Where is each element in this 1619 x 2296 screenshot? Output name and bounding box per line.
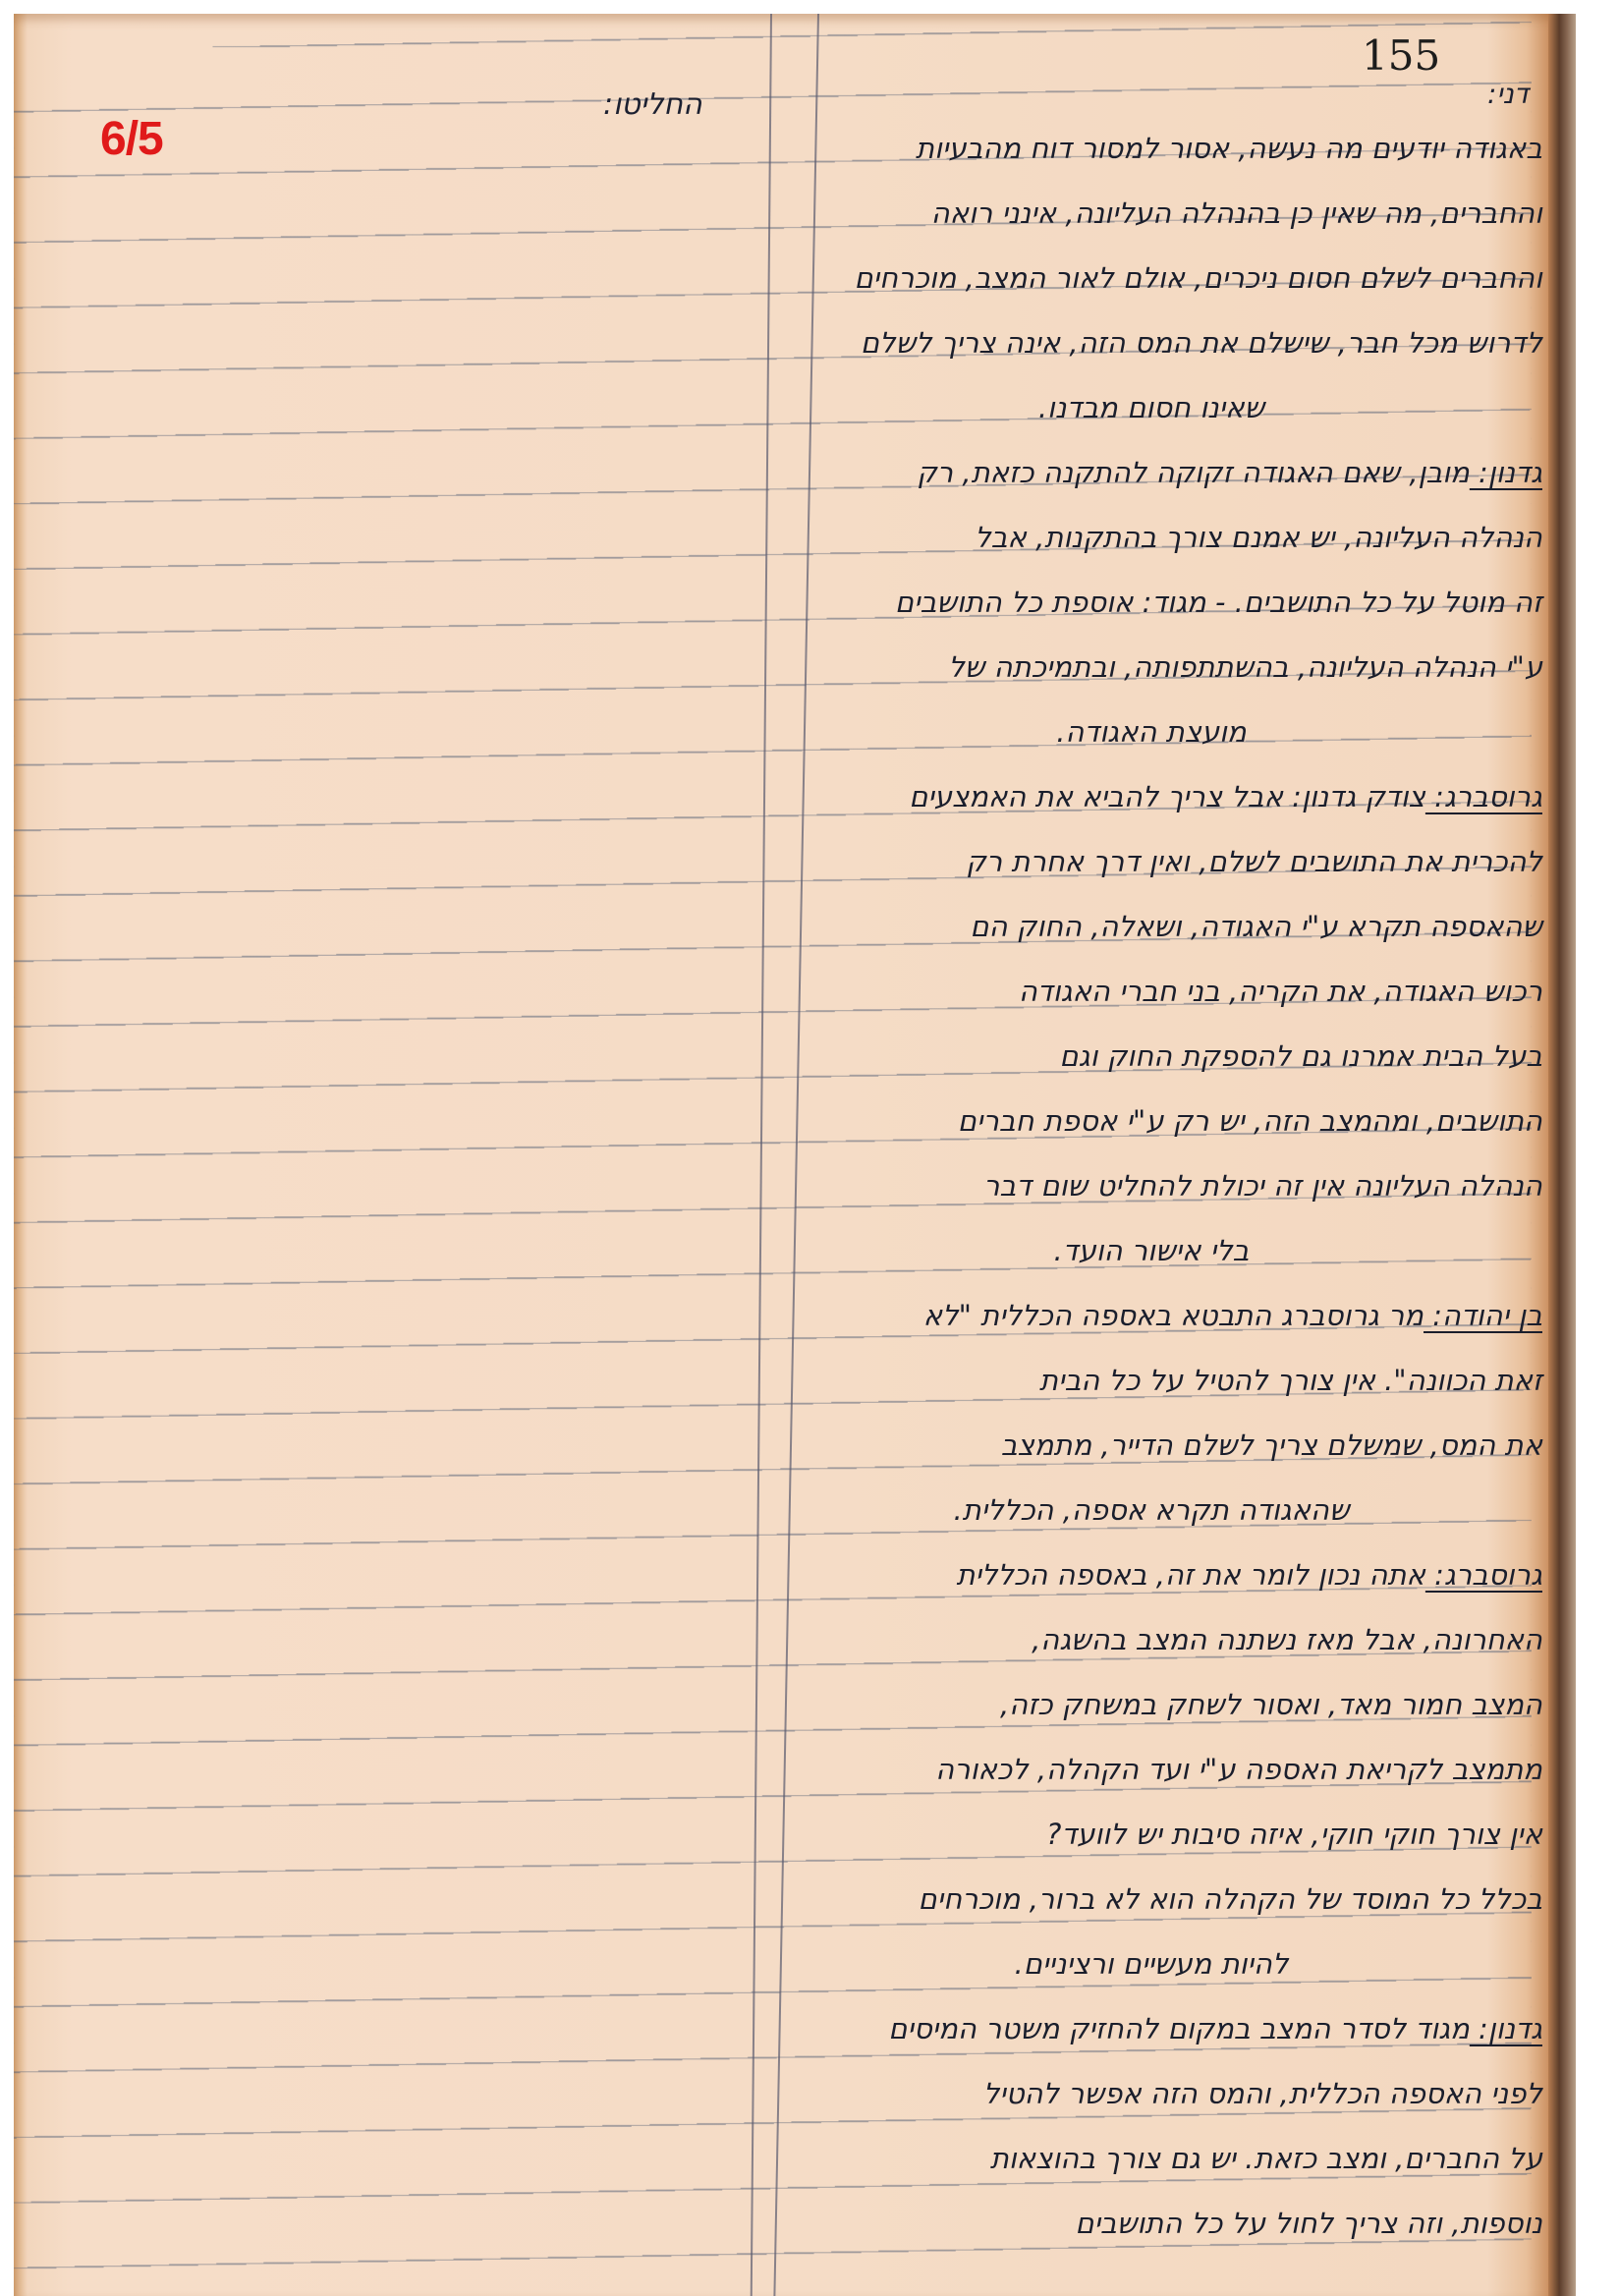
line-text: שהאספה תקרא ע"י האגודה, ושאלה, החוק הם bbox=[970, 910, 1542, 943]
line-text: מועצת האגודה. bbox=[1056, 715, 1246, 749]
line-text: שהאגודה תקרא אספה, הכללית. bbox=[953, 1493, 1349, 1527]
text-line: על החברים, ומצב כזאת. יש גם צורך בהוצאות bbox=[760, 2126, 1550, 2191]
text-line: בלי אישור הועד. bbox=[760, 1218, 1550, 1283]
line-text: בעל הבית אמרנו גם להספקת החוק וגם bbox=[1059, 1039, 1542, 1073]
line-text: מובן, שאם האגודה זקוקה להתקנה כזאת, רק bbox=[917, 456, 1470, 489]
text-line: הנהלה העליונה אין זה יכולת להחליט שום דב… bbox=[760, 1153, 1550, 1218]
line-text: בלי אישור הועד. bbox=[1054, 1234, 1250, 1267]
line-text: באגודה יודעים מה נעשה, אסור למסור דוח מה… bbox=[916, 132, 1542, 165]
text-line: התושבים, ומהמצב הזה, יש רק ע"י אספת חברי… bbox=[760, 1089, 1550, 1153]
text-line: זה מוטל על כל התושבים. - מגוד: אוספת כל … bbox=[760, 570, 1550, 635]
text-line: מתמצב לקריאת האספה ע"י ועד הקהלה, לכאורה bbox=[760, 1737, 1550, 1802]
text-line: האחרונה, אבל מאז נשתנה המצב בהשגה, bbox=[760, 1607, 1550, 1672]
text-line: שהאספה תקרא ע"י האגודה, ושאלה, החוק הם bbox=[760, 894, 1550, 959]
text-line: אין צורך חוקי חוקי, איזה סיבות יש לוועד? bbox=[760, 1802, 1550, 1867]
line-text: המצב חמור מאד, ואסור לשחק במשחק כזה, bbox=[1000, 1688, 1542, 1721]
text-line: המצב חמור מאד, ואסור לשחק במשחק כזה, bbox=[760, 1672, 1550, 1737]
speaker-label: בן יהודה: bbox=[1424, 1299, 1542, 1332]
line-text: צודק גדנון: אבל צריך להביא את האמצעים bbox=[909, 780, 1425, 813]
line-text: מר גרוסברג התבטא באספה הכללית "לא bbox=[923, 1299, 1424, 1332]
speaker-label: גרוסברג: bbox=[1425, 1558, 1542, 1592]
line-text: לפני האספה הכללית, והמס הזה אפשר להטיל bbox=[983, 2077, 1542, 2110]
text-line: גדנון: מגוד לסדר המצב במקום להחזיק משטר … bbox=[760, 1996, 1550, 2061]
text-line: נוספות, וזה צריך לחול על כל התושבים bbox=[760, 2191, 1550, 2256]
line-text: לדרוש מכל חבר, שישלם את המס הזה, אינה צר… bbox=[861, 326, 1542, 360]
speaker-label: גרוסברג: bbox=[1425, 780, 1542, 813]
line-text: אין צורך חוקי חוקי, איזה סיבות יש לוועד? bbox=[1046, 1818, 1542, 1851]
line-text: בכלל כל המוסד של הקהלה הוא לא ברור, מוכר… bbox=[919, 1882, 1542, 1916]
text-line: גרוסברג: אתה נכון לומר את זה, באספה הכלל… bbox=[760, 1542, 1550, 1607]
text-line: בן יהודה: מר גרוסברג התבטא באספה הכללית … bbox=[760, 1283, 1550, 1348]
line-text: מתמצב לקריאת האספה ע"י ועד הקהלה, לכאורה bbox=[935, 1753, 1542, 1786]
text-line: שאינו חסום מבדנו. bbox=[760, 375, 1550, 440]
line-text: והחברים לשלם חסום ניכרים, אולם לאור המצב… bbox=[854, 261, 1542, 295]
text-line: בעל הבית אמרנו גם להספקת החוק וגם bbox=[760, 1024, 1550, 1089]
line-text: רכוש האגודה, את הקריה, בני חברי האגודה bbox=[1019, 975, 1542, 1008]
page-number: 155 bbox=[1362, 31, 1440, 80]
line-text: והחברים, מה שאין כן בהנהלה העליונה, איננ… bbox=[931, 196, 1542, 230]
text-line: בכלל כל המוסד של הקהלה הוא לא ברור, מוכר… bbox=[760, 1867, 1550, 1932]
text-line: והחברים, מה שאין כן בהנהלה העליונה, איננ… bbox=[760, 181, 1550, 246]
text-line: להכרית את התושבים לשלם, ואין דרך אחרת רק bbox=[760, 829, 1550, 894]
text-line: גדנון: מובן, שאם האגודה זקוקה להתקנה כזא… bbox=[760, 440, 1550, 505]
line-text: האחרונה, אבל מאז נשתנה המצב בהשגה, bbox=[1032, 1623, 1542, 1656]
text-line: מועצת האגודה. bbox=[760, 700, 1550, 764]
decided-heading: החליטו: bbox=[603, 87, 702, 122]
text-line: באגודה יודעים מה נעשה, אסור למסור דוח מה… bbox=[760, 116, 1550, 181]
page-label-annotation: 6/5 bbox=[100, 112, 163, 166]
text-line: לדרוש מכל חבר, שישלם את המס הזה, אינה צר… bbox=[760, 310, 1550, 375]
text-line: זאת הכוונה". אין צורך להטיל על כל הבית bbox=[760, 1348, 1550, 1413]
text-line: רכוש האגודה, את הקריה, בני חברי האגודה bbox=[760, 959, 1550, 1024]
speaker-label-dani: דני: bbox=[1487, 78, 1529, 110]
line-text: על החברים, ומצב כזאת. יש גם צורך בהוצאות bbox=[990, 2142, 1542, 2175]
line-text: הנהלה העליונה, יש אמנם צורך בהתקנות, אבל bbox=[975, 521, 1542, 554]
speaker-label: גדנון: bbox=[1470, 456, 1542, 489]
line-text: מגוד לסדר המצב במקום להחזיק משטר המיסים bbox=[888, 2012, 1470, 2045]
line-text: זה מוטל על כל התושבים. - מגוד: אוספת כל … bbox=[895, 586, 1542, 619]
handwritten-minutes-text: באגודה יודעים מה נעשה, אסור למסור דוח מה… bbox=[760, 116, 1550, 2256]
line-text: התושבים, ומהמצב הזה, יש רק ע"י אספת חברי… bbox=[958, 1104, 1542, 1138]
line-text: נוספות, וזה צריך לחול על כל התושבים bbox=[1075, 2207, 1542, 2240]
line-text: ע"י הנהלה העליונה, בהשתתפותה, ובתמיכתה ש… bbox=[948, 650, 1542, 684]
speaker-label: גדנון: bbox=[1470, 2012, 1542, 2045]
notebook-page: 6/5 החליטו: 155 דני: באגודה יודעים מה נע… bbox=[14, 14, 1576, 2296]
book-binding-edge bbox=[1548, 14, 1576, 2296]
text-line: שהאגודה תקרא אספה, הכללית. bbox=[760, 1478, 1550, 1542]
text-line: להיות מעשיים ורציניים. bbox=[760, 1932, 1550, 1996]
line-text: להיות מעשיים ורציניים. bbox=[1015, 1947, 1289, 1981]
text-line: והחברים לשלם חסום ניכרים, אולם לאור המצב… bbox=[760, 246, 1550, 310]
line-text: שאינו חסום מבדנו. bbox=[1038, 391, 1264, 424]
line-text: זאת הכוונה". אין צורך להטיל על כל הבית bbox=[1039, 1364, 1542, 1397]
text-line: ע"י הנהלה העליונה, בהשתתפותה, ובתמיכתה ש… bbox=[760, 635, 1550, 700]
text-line: את המס, שמשלם צריך לשלם הדייר, מתמצב bbox=[760, 1413, 1550, 1478]
line-text: הנהלה העליונה אין זה יכולת להחליט שום דב… bbox=[983, 1169, 1542, 1203]
text-line: לפני האספה הכללית, והמס הזה אפשר להטיל bbox=[760, 2061, 1550, 2126]
line-text: אתה נכון לומר את זה, באספה הכללית bbox=[957, 1558, 1425, 1592]
text-line: גרוסברג: צודק גדנון: אבל צריך להביא את ה… bbox=[760, 764, 1550, 829]
line-text: להכרית את התושבים לשלם, ואין דרך אחרת רק bbox=[966, 845, 1542, 878]
line-text: את המס, שמשלם צריך לשלם הדייר, מתמצב bbox=[1001, 1428, 1542, 1462]
text-line: הנהלה העליונה, יש אמנם צורך בהתקנות, אבל bbox=[760, 505, 1550, 570]
